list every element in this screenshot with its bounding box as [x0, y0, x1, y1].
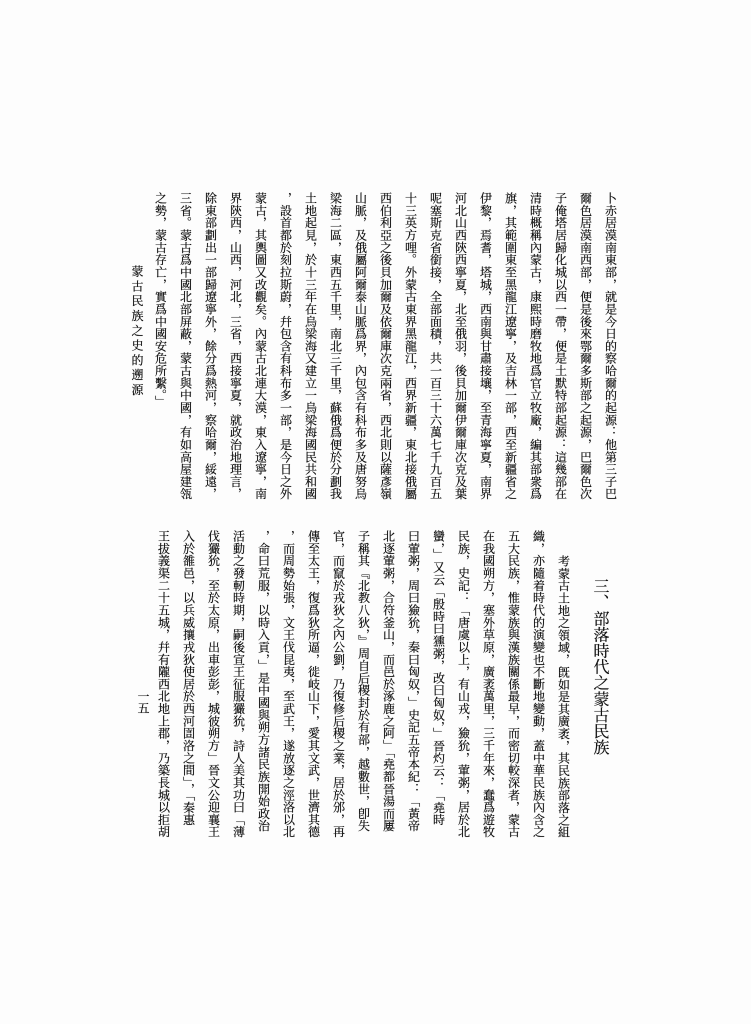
section-heading: 三、部落時代之蒙古民族 — [588, 578, 612, 755]
text-column: 之勢，蒙古存亡，實爲中國安危所繫。」 — [148, 192, 173, 512]
text-column: 官，而竄於戎狄之內公劉，乃復修后稷之業，居於邠，再 — [326, 530, 351, 850]
text-column: 織，亦隨着時代的演變也不斷地變動，蓋中華民族內含之 — [526, 530, 551, 850]
text-column: 傳至太王，復爲狄所逼，徙岐山下，愛其文武，世濟其德 — [301, 530, 326, 850]
text-column: 考蒙古土地之領域，旣如是其廣袤，其民族部落之組 — [551, 530, 576, 850]
text-column: 入於雒邑，以兵威攘戎狄使居於西河圁洛之間」，「秦惠 — [176, 530, 201, 850]
text-column: 五大民族，惟蒙族與漢族關係最早，而密切較深者，蒙古 — [501, 530, 526, 850]
text-column: 三省。蒙古爲中國北部屏蔽，蒙古與中國，有如高屋建瓴 — [173, 192, 198, 512]
running-title: 蒙古民族之史的遡源 — [125, 265, 149, 398]
text-column: ，設首都於刻拉斯蔚，幷包含有科布多一部，是今日之外 — [273, 192, 298, 512]
text-column: 旗，其範圍東至黑龍江遼寧，及吉林一部，西至新疆省之 — [498, 192, 523, 512]
text-column: ，而周勢始張，文王伐昆夷，至武王，遂放逐之涇洛以北 — [276, 530, 301, 850]
text-column: 伊黎，焉耆，塔城，西南與甘肅接壤，至青海寧夏，南界 — [473, 192, 498, 512]
text-column: 曰葷粥，周曰獫狁，秦曰匈奴，」史記五帝本紀：「黃帝 — [401, 530, 426, 850]
text-column: ，命曰荒服，以時入貢，」是中國與朔方諸民族開始政治 — [251, 530, 276, 850]
text-column: 民族，史記：「唐虞以上，有山戎，獫狁，葷粥，居於北 — [451, 530, 476, 850]
text-column: 爾色居漠南西部，便是後來鄂爾多斯部之起源，巴爾色次 — [573, 192, 598, 512]
text-column: 卜赤居漠南東部，就是今日的察哈爾的起源：他第三子巴 — [598, 192, 623, 512]
text-column: 子稱其『北教八狄，』周自后稷封於有部，越數世，卽失 — [351, 530, 376, 850]
text-column: 山脈，及俄屬阿爾泰山脈爲界，內包含有科布多及唐努烏 — [348, 192, 373, 512]
page-number: 一五 — [131, 690, 155, 714]
lower-text-section: 考蒙古土地之領域，旣如是其廣袤，其民族部落之組 織，亦隨着時代的演變也不斷地變動… — [151, 530, 576, 850]
text-column: 北逐葷粥，合符釜山，而邑於涿鹿之阿」「堯都晉湯而屢 — [376, 530, 401, 850]
text-column: 伐玁狁，至於太原，出車彭彭，城彼朔方」晉文公迎襄王 — [201, 530, 226, 850]
text-column: 西伯利亞之後貝加爾及依爾庫次克兩省，西北則以薩彥嶺 — [373, 192, 398, 512]
text-column: 界陝西，山西，河北，三省，西接寧夏，就政治地理言， — [223, 192, 248, 512]
text-column: 蠻，」又云「殷時曰獯粥，改曰匈奴，」晉灼云：「堯時 — [426, 530, 451, 850]
text-column: 十三英方哩。外蒙古東界黑龍江，西界新疆，東北接俄屬 — [398, 192, 423, 512]
text-column: 河北山西陝西寧夏，北至俄羽，後貝加爾伊爾庫次克及葉 — [448, 192, 473, 512]
text-column: 土地起見，於十三年在烏梁海又建立一烏梁海國民共和國 — [298, 192, 323, 512]
text-column: 清時概稱內蒙古，康熙時磨牧地爲官立牧廠，編其部衆爲 — [523, 192, 548, 512]
text-column: 活動之發軔時期，嗣後宣王征服玁狁，詩人美其功曰「薄 — [226, 530, 251, 850]
text-column: 梁海二區，東西五千里，南北三千里，蘇俄爲便於分劃我 — [323, 192, 348, 512]
text-column: 蒙古，其輿圖又改觀矣。內蒙古北連大漠，東入遼寧，南 — [248, 192, 273, 512]
text-column: 呢塞斯克省銜接，全部面積，共一百三十六萬七千九百五 — [423, 192, 448, 512]
text-column: 除東部劃出一部歸遼寧外，餘分爲熱河，察哈爾，綏遠， — [198, 192, 223, 512]
text-column: 子俺塔居歸化城以西一帶，便是土默特部起源：這幾部在 — [548, 192, 573, 512]
text-column: 在我國朔方，塞外草原，廣袤萬里，三千年來，蠢爲遊牧 — [476, 530, 501, 850]
upper-text-section: 卜赤居漠南東部，就是今日的察哈爾的起源：他第三子巴 爾色居漠南西部，便是後來鄂爾… — [148, 192, 623, 512]
